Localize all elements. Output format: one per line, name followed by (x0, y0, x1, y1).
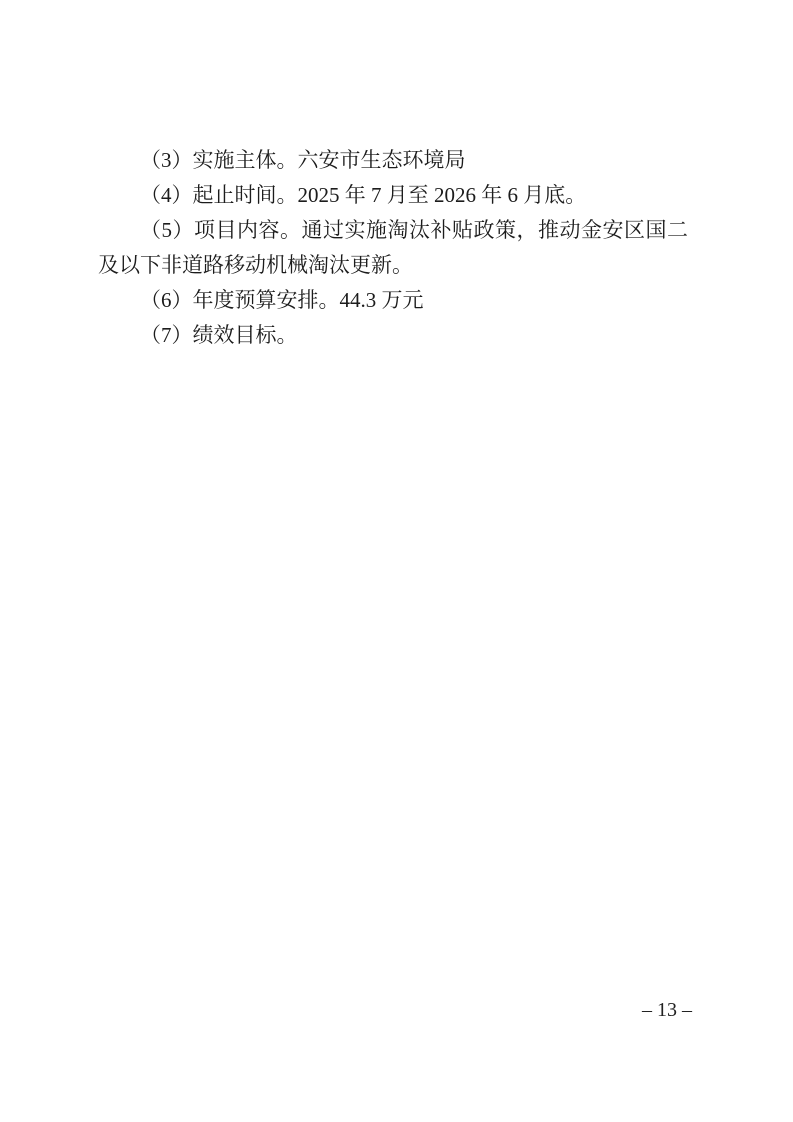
paragraph-start-end-time: （4）起止时间。2025 年 7 月至 2026 年 6 月底。 (98, 178, 688, 213)
paragraph-annual-budget: （6）年度预算安排。44.3 万元 (98, 283, 688, 318)
document-page: （3）实施主体。六安市生态环境局 （4）起止时间。2025 年 7 月至 202… (0, 0, 793, 1122)
paragraph-project-content: （5）项目内容。通过实施淘汰补贴政策，推动金安区国二及以下非道路移动机械淘汰更新… (98, 213, 688, 283)
document-body: （3）实施主体。六安市生态环境局 （4）起止时间。2025 年 7 月至 202… (98, 143, 688, 353)
paragraph-performance-target: （7）绩效目标。 (98, 318, 688, 353)
page-number: – 13 – (642, 999, 692, 1021)
paragraph-implementing-body: （3）实施主体。六安市生态环境局 (98, 143, 688, 178)
